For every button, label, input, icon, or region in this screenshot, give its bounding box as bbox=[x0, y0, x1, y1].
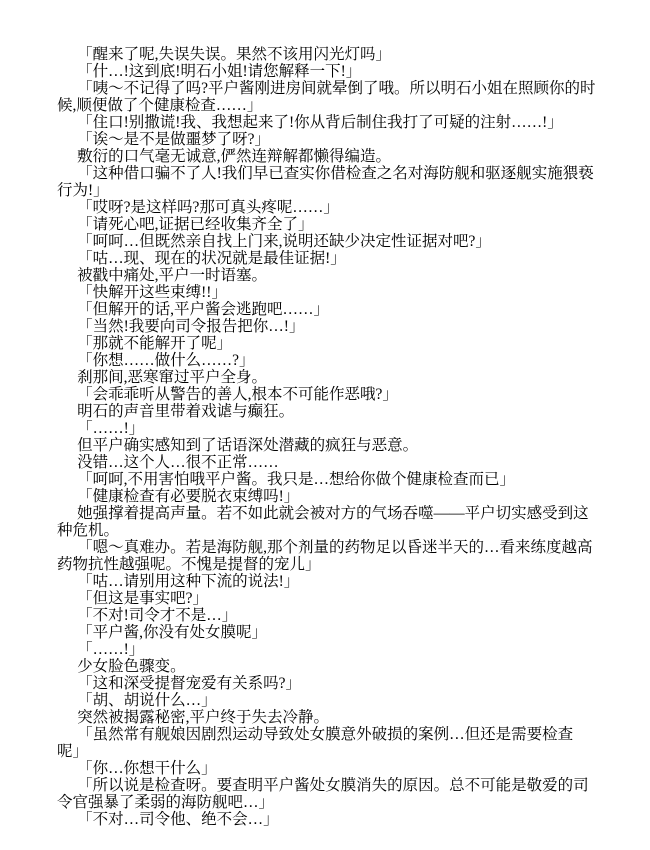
paragraph-dialogue: 「咦～不记得了吗?平户酱刚进房间就晕倒了哦。所以明石小姐在照顾你的时候,顺便做了… bbox=[57, 80, 596, 114]
paragraph-dialogue: 「会乖乖听从警告的善人,根本不可能作恶哦?」 bbox=[57, 386, 596, 403]
paragraph-dialogue: 「哎呀?是这样吗?那可真头疼呢……」 bbox=[57, 199, 596, 216]
paragraph-dialogue: 「呵呵…但既然亲自找上门来,说明还缺少决定性证据对吧?」 bbox=[57, 233, 596, 250]
paragraph-dialogue: 「你想……做什么……?」 bbox=[57, 352, 596, 369]
paragraph-dialogue: 「但这是事实吧?」 bbox=[57, 590, 596, 607]
paragraph-dialogue: 「快解开这些束缚!!」 bbox=[57, 284, 596, 301]
paragraph-dialogue: 「醒来了呢,失误失误。果然不该用闪光灯吗」 bbox=[57, 46, 596, 63]
novel-text-page: 「醒来了呢,失误失误。果然不该用闪光灯吗」 「什…!这到底!明石小姐!请您解释一… bbox=[0, 0, 650, 850]
paragraph-dialogue: 「健康检查有必要脱衣束缚吗!」 bbox=[57, 488, 596, 505]
paragraph-dialogue: 「胡、胡说什么…」 bbox=[57, 692, 596, 709]
paragraph-dialogue: 「呵呵,不用害怕哦平户酱。我只是…想给你做个健康检查而已」 bbox=[57, 471, 596, 488]
paragraph-dialogue: 「虽然常有舰娘因剧烈运动导致处女膜意外破损的案例…但还是需要检查呢」 bbox=[57, 726, 596, 760]
paragraph-narration: 敷衍的口气毫无诚意,俨然连辩解都懒得编造。 bbox=[57, 148, 596, 165]
paragraph-dialogue: 「但解开的话,平户酱会逃跑吧……」 bbox=[57, 301, 596, 318]
paragraph-narration: 但平户确实感知到了话语深处潜藏的疯狂与恶意。 bbox=[57, 437, 596, 454]
paragraph-dialogue: 「不对…司令他、绝不会…」 bbox=[57, 811, 596, 828]
paragraph-dialogue: 「平户酱,你没有处女膜呢」 bbox=[57, 624, 596, 641]
paragraph-narration: 刹那间,恶寒窜过平户全身。 bbox=[57, 369, 596, 386]
paragraph-dialogue: 「这和深受提督宠爱有关系吗?」 bbox=[57, 675, 596, 692]
paragraph-dialogue: 「嗯～真难办。若是海防舰,那个剂量的药物足以昏迷半天的…看来练度越高药物抗性越强… bbox=[57, 539, 596, 573]
paragraph-narration: 少女脸色骤变。 bbox=[57, 658, 596, 675]
paragraph-narration: 明石的声音里带着戏谑与癫狂。 bbox=[57, 403, 596, 420]
paragraph-narration: 她强撑着提高声量。若不如此就会被对方的气场吞噬——平户切实感受到这种危机。 bbox=[57, 505, 596, 539]
paragraph-dialogue: 「所以说是检查呀。要查明平户酱处女膜消失的原因。总不可能是敬爱的司令官强暴了柔弱… bbox=[57, 777, 596, 811]
paragraph-dialogue: 「……!」 bbox=[57, 641, 596, 658]
paragraph-dialogue: 「请死心吧,证据已经收集齐全了」 bbox=[57, 216, 596, 233]
paragraph-dialogue: 「你…你想干什么」 bbox=[57, 760, 596, 777]
paragraph-narration: 没错…这个人…很不正常…… bbox=[57, 454, 596, 471]
paragraph-dialogue: 「咕…现、现在的状况就是最佳证据!」 bbox=[57, 250, 596, 267]
paragraph-dialogue: 「咕…请别用这种下流的说法!」 bbox=[57, 573, 596, 590]
paragraph-dialogue: 「那就不能解开了呢」 bbox=[57, 335, 596, 352]
paragraph-dialogue: 「当然!我要向司令报告把你…!」 bbox=[57, 318, 596, 335]
paragraph-narration: 被戳中痛处,平户一时语塞。 bbox=[57, 267, 596, 284]
paragraph-narration: 突然被揭露秘密,平户终于失去冷静。 bbox=[57, 709, 596, 726]
paragraph-dialogue: 「什…!这到底!明石小姐!请您解释一下!」 bbox=[57, 63, 596, 80]
paragraph-dialogue: 「这种借口骗不了人!我们早已查实你借检查之名对海防舰和驱逐舰实施猥亵行为!」 bbox=[57, 165, 596, 199]
paragraph-dialogue: 「住口!别撒谎!我、我想起来了!你从背后制住我打了可疑的注射……!」 bbox=[57, 114, 596, 131]
paragraph-dialogue: 「……!」 bbox=[57, 420, 596, 437]
paragraph-dialogue: 「诶～是不是做噩梦了呀?」 bbox=[57, 131, 596, 148]
paragraph-dialogue: 「不对!司令才不是…」 bbox=[57, 607, 596, 624]
